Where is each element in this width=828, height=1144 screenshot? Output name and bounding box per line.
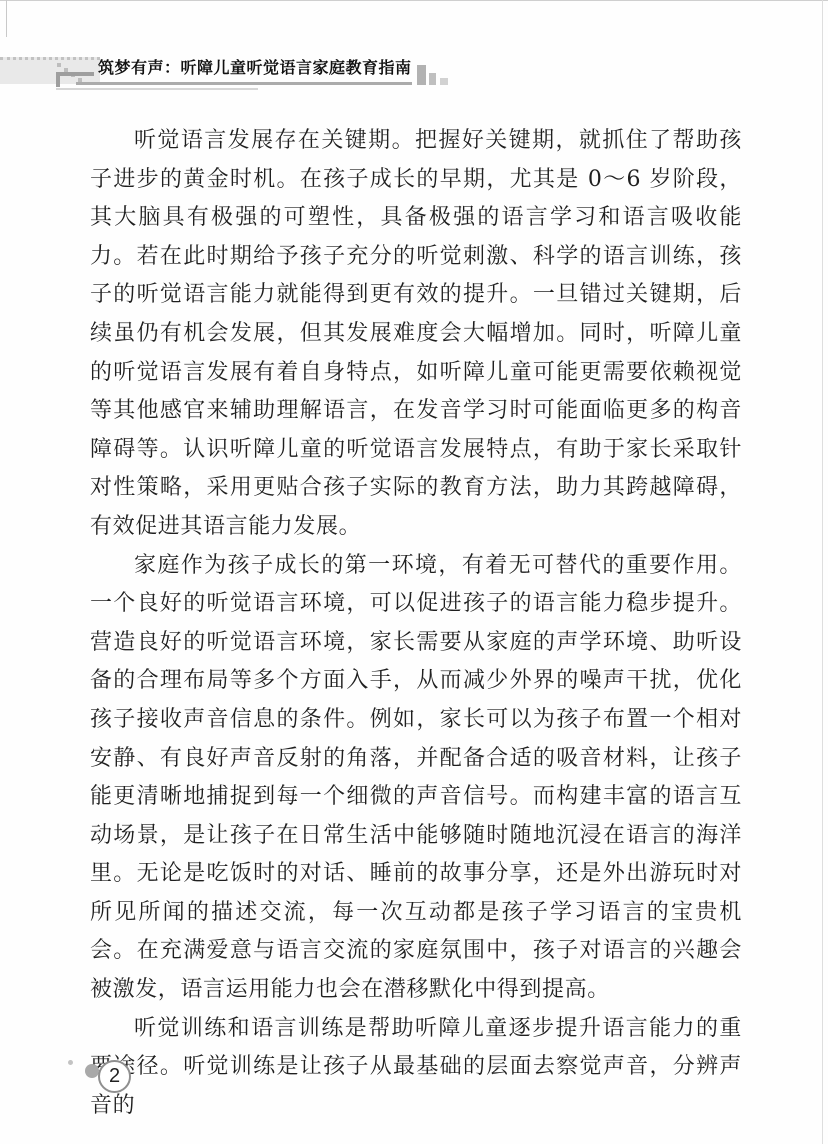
- page-number: 2: [109, 1065, 120, 1088]
- header-bars-icon: [417, 64, 451, 85]
- paragraph: 家庭作为孩子成长的第一环境，有着无可替代的重要作用。一个良好的听觉语言环境，可以…: [90, 547, 742, 1010]
- running-header-title: 筑梦有声：听障儿童听觉语言家庭教育指南: [98, 57, 428, 81]
- ornament-dot-icon: [57, 63, 61, 67]
- paragraph: 听觉语言发展存在关键期。把握好关键期，就抓住了帮助孩子进步的黄金时机。在孩子成长…: [90, 122, 742, 547]
- page-body-text: 听觉语言发展存在关键期。把握好关键期，就抓住了帮助孩子进步的黄金时机。在孩子成长…: [90, 122, 742, 1125]
- header-rule-line: [76, 82, 412, 85]
- page-number-badge: 2: [98, 1060, 131, 1093]
- header-rule-shadow-line: [56, 88, 258, 90]
- page-right-edge-line: [822, 0, 823, 1144]
- footer-small-dot-icon: [68, 1060, 73, 1065]
- paragraph: 听觉训练和语言训练是帮助听障儿童逐步提升语言能力的重要途径。听觉训练是让孩子从最…: [90, 1010, 742, 1126]
- footer-large-dot-icon: [85, 1064, 99, 1078]
- book-page: 筑梦有声：听障儿童听觉语言家庭教育指南 听觉语言发展存在关键期。把握好关键期，就…: [0, 0, 828, 1144]
- page-top-edge-line: [0, 0, 828, 1]
- page-left-edge-mark: [6, 0, 7, 37]
